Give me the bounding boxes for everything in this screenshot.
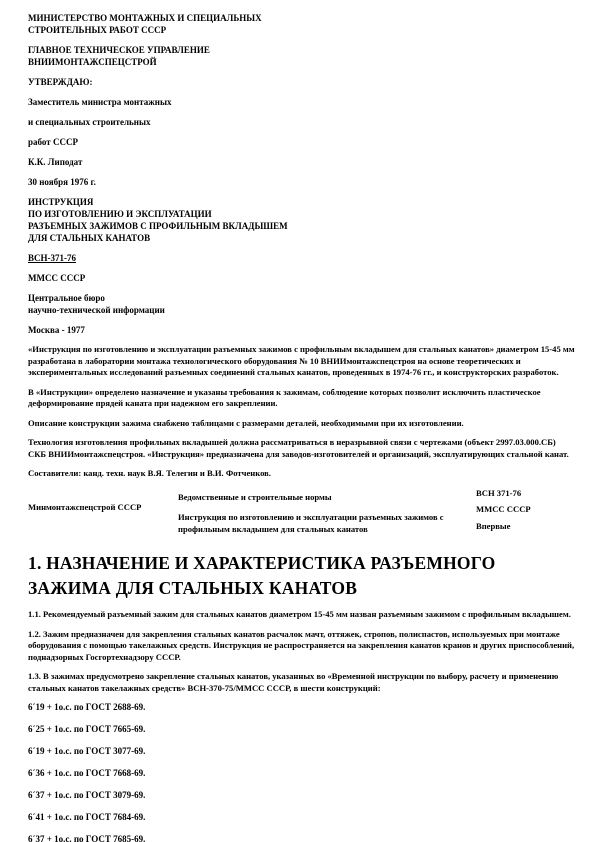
compilers-line: Составители: канд. техн. наук В.Я. Телег… [28, 468, 575, 480]
annotation-paragraph-2: В «Инструкции» определено назначение и у… [28, 387, 575, 410]
norms-issuer: Минмонтажспецстрой СССР [28, 488, 178, 538]
paragraph-1-2: 1.2. Зажим предназначен для закрепления … [28, 629, 575, 664]
ministry-line-1: МИНИСТЕРСТВО МОНТАЖНЫХ И СПЕЦИАЛЬНЫХ [28, 12, 575, 24]
document-title-line-2: ПО ИЗГОТОВЛЕНИЮ И ЭКСПЛУАТАЦИИ [28, 208, 575, 220]
ministry-name: МИНИСТЕРСТВО МОНТАЖНЫХ И СПЕЦИАЛЬНЫХ СТР… [28, 12, 575, 36]
rope-spec-item: 6´19 + 1о.с. по ГОСТ 2688-69. [28, 702, 575, 714]
approver-name: К.К. Липодат [28, 156, 575, 168]
approve-date: 30 ноября 1976 г. [28, 176, 575, 188]
section-1-heading-line-1: 1. НАЗНАЧЕНИЕ И ХАРАКТЕРИСТИКА РАЗЪЕМНОГ… [28, 551, 575, 576]
rope-spec-item: 6´36 + 1о.с. по ГОСТ 7668-69. [28, 768, 575, 780]
norms-type-label: Ведомственные и строительные нормы [178, 492, 458, 504]
approver-title-line-2: и специальных строительных [28, 116, 575, 128]
section-1-heading: 1. НАЗНАЧЕНИЕ И ХАРАКТЕРИСТИКА РАЗЪЕМНОГ… [28, 551, 575, 601]
norms-center-cell: Ведомственные и строительные нормы Инстр… [178, 488, 458, 538]
rope-spec-item: 6´37 + 1о.с. по ГОСТ 7685-69. [28, 834, 575, 842]
norms-header-table: Минмонтажспецстрой СССР Ведомственные и … [28, 488, 575, 538]
approver-title-line-1: Заместитель министра монтажных [28, 96, 575, 108]
ministry-line-2: СТРОИТЕЛЬНЫХ РАБОТ СССР [28, 24, 575, 36]
norms-doc-number: ВСН 371-76 [476, 488, 575, 500]
norms-mmss: ММСС СССР [476, 504, 575, 516]
section-1-heading-line-2: ЗАЖИМА ДЛЯ СТАЛЬНЫХ КАНАТОВ [28, 576, 575, 601]
mmss-label: ММСС СССР [28, 272, 575, 284]
city-year: Москва - 1977 [28, 324, 575, 336]
document-title-line-1: ИНСТРУКЦИЯ [28, 196, 575, 208]
org-name: ГЛАВНОЕ ТЕХНИЧЕСКОЕ УПРАВЛЕНИЕ ВНИИМОНТА… [28, 44, 575, 68]
bureau-line-2: научно-технической информации [28, 304, 575, 316]
paragraph-1-3: 1.3. В зажимах предусмотрено закрепление… [28, 671, 575, 694]
approver-title-line-3: работ СССР [28, 136, 575, 148]
document-title-line-4: ДЛЯ СТАЛЬНЫХ КАНАТОВ [28, 232, 575, 244]
document-title-line-3: РАЗЪЕМНЫХ ЗАЖИМОВ С ПРОФИЛЬНЫМ ВКЛАДЫШЕМ [28, 220, 575, 232]
rope-spec-item: 6´19 + 1о.с. по ГОСТ 3077-69. [28, 746, 575, 758]
norms-first-issue: Впервые [476, 521, 575, 533]
org-line-1: ГЛАВНОЕ ТЕХНИЧЕСКОЕ УПРАВЛЕНИЕ [28, 44, 575, 56]
document-number: ВСН-371-76 [28, 252, 575, 264]
document-title: ИНСТРУКЦИЯ ПО ИЗГОТОВЛЕНИЮ И ЭКСПЛУАТАЦИ… [28, 196, 575, 244]
rope-spec-item: 6´25 + 1о.с. по ГОСТ 7665-69. [28, 724, 575, 736]
rope-spec-item: 6´37 + 1о.с. по ГОСТ 3079-69. [28, 790, 575, 802]
annotation-paragraph-1: «Инструкция по изготовлению и эксплуатац… [28, 344, 575, 379]
norms-right-cell: ВСН 371-76 ММСС СССР Впервые [458, 488, 575, 538]
bureau-line-1: Центральное бюро [28, 292, 575, 304]
approve-label: УТВЕРЖДАЮ: [28, 76, 575, 88]
paragraph-1-1: 1.1. Рекомендуемый разъемный зажим для с… [28, 609, 575, 621]
norms-doc-title: Инструкция по изготовлению и эксплуатаци… [178, 512, 458, 535]
annotation-paragraph-4: Технология изготовления профильных вклад… [28, 437, 575, 460]
rope-spec-item: 6´41 + 1о.с. по ГОСТ 7684-69. [28, 812, 575, 824]
bureau-name: Центральное бюро научно-технической инфо… [28, 292, 575, 316]
document-page: МИНИСТЕРСТВО МОНТАЖНЫХ И СПЕЦИАЛЬНЫХ СТР… [0, 0, 595, 842]
annotation-paragraph-3: Описание конструкции зажима снабжено таб… [28, 418, 575, 430]
org-line-2: ВНИИМОНТАЖСПЕЦСТРОЙ [28, 56, 575, 68]
